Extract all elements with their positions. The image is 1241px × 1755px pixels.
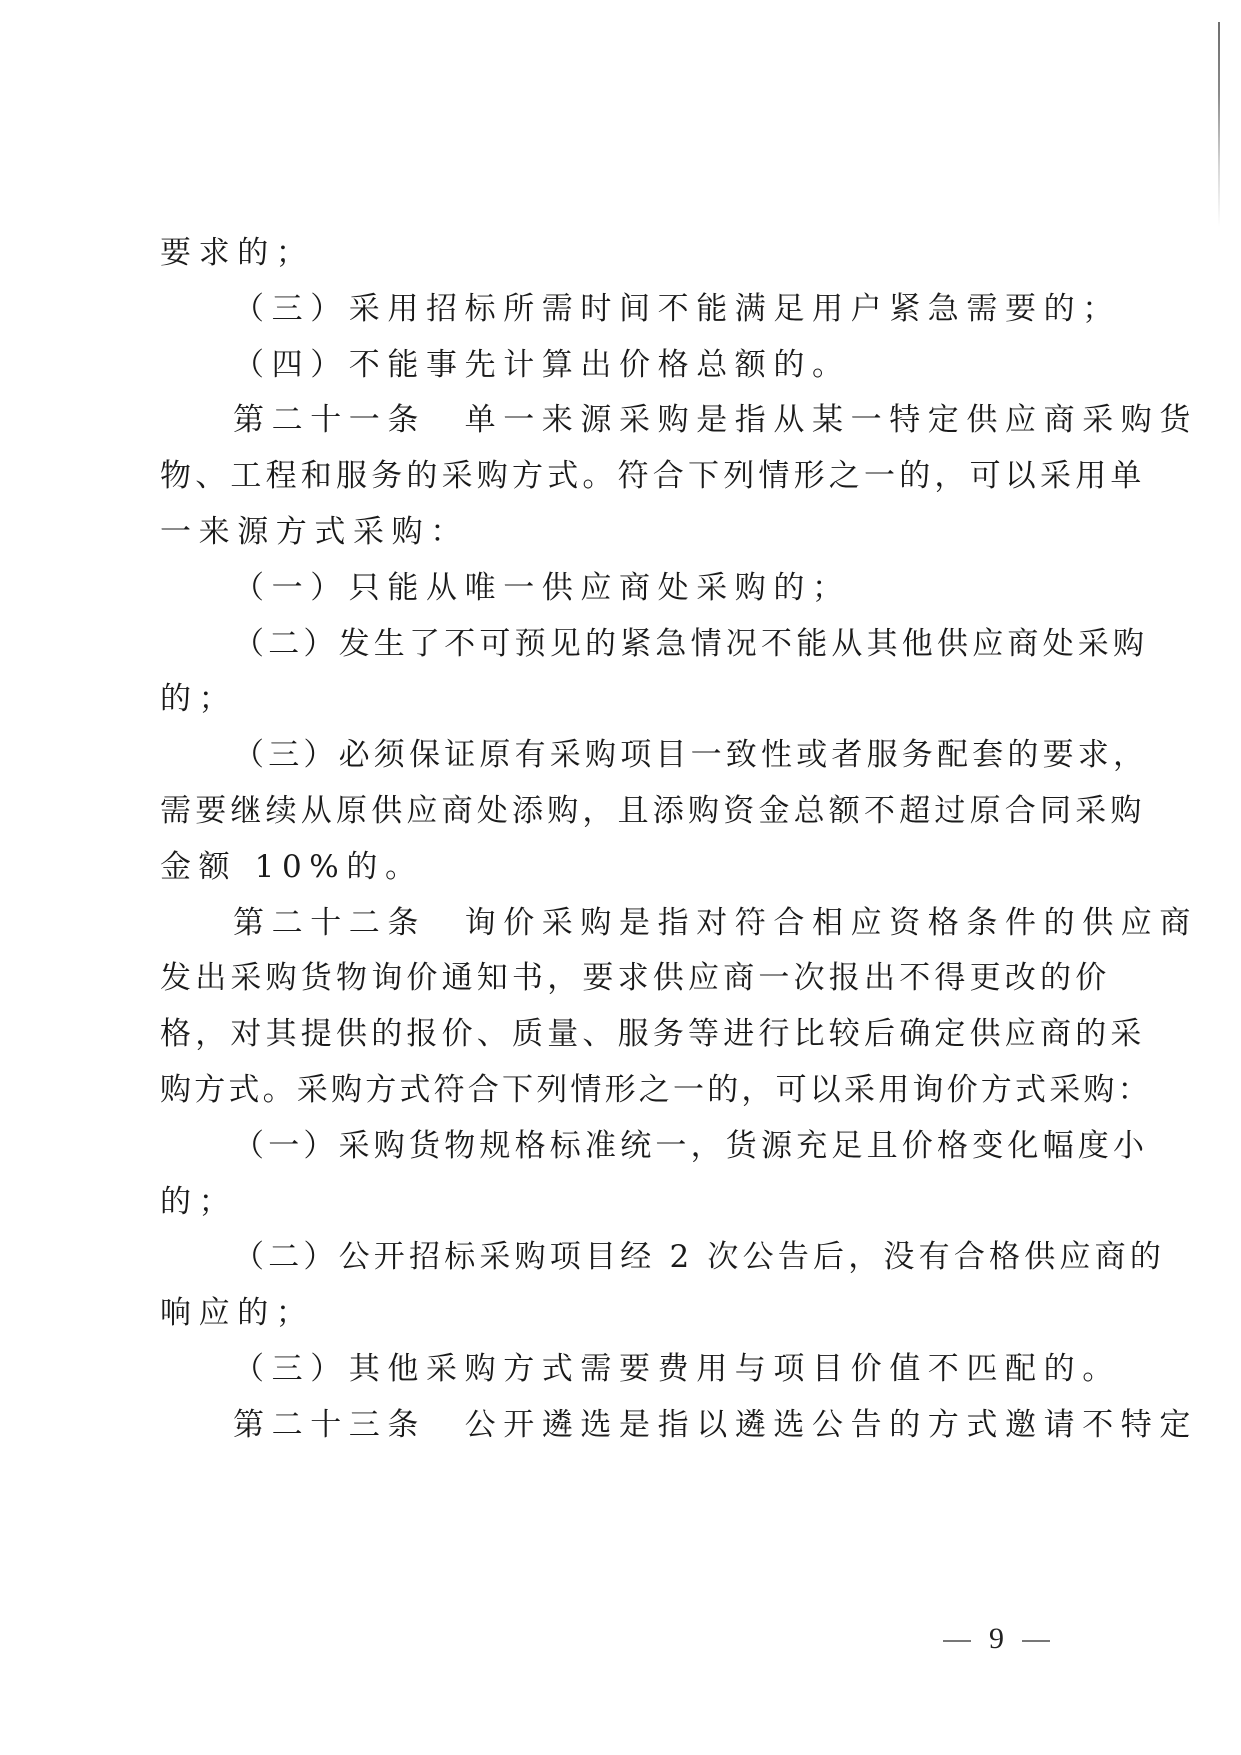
text-line: （三）必须保证原有采购项目一致性或者服务配套的要求， bbox=[160, 728, 1070, 784]
text-line: 的； bbox=[160, 1175, 1070, 1231]
text-line: 格，对其提供的报价、质量、服务等进行比较后确定供应商的采 bbox=[160, 1007, 1070, 1063]
body-text: 要求的； （三）采用招标所需时间不能满足用户紧急需要的； （四）不能事先计算出价… bbox=[160, 226, 1070, 1454]
text-line: （三）采用招标所需时间不能满足用户紧急需要的； bbox=[160, 282, 1070, 338]
page-edge-line bbox=[1218, 22, 1220, 227]
page-number: 9 bbox=[925, 1622, 1068, 1656]
article-22-heading-line: 第二十二条 询价采购是指对符合相应资格条件的供应商 bbox=[160, 896, 1070, 952]
text-line: （一）采购货物规格标准统一，货源充足且价格变化幅度小 bbox=[160, 1119, 1070, 1175]
text-line: 需要继续从原供应商处添购，且添购资金总额不超过原合同采购 bbox=[160, 784, 1070, 840]
text-line: 响应的； bbox=[160, 1286, 1070, 1342]
text-line: （四）不能事先计算出价格总额的。 bbox=[160, 338, 1070, 394]
text-line: （二）发生了不可预见的紧急情况不能从其他供应商处采购 bbox=[160, 617, 1070, 673]
text-line: 要求的； bbox=[160, 226, 1070, 282]
text-line: 物、工程和服务的采购方式。符合下列情形之一的，可以采用单 bbox=[160, 449, 1070, 505]
dash-left bbox=[943, 1640, 971, 1642]
dash-right bbox=[1022, 1640, 1050, 1642]
text-line: 一来源方式采购： bbox=[160, 505, 1070, 561]
article-21-heading-line: 第二十一条 单一来源采购是指从某一特定供应商采购货 bbox=[160, 393, 1070, 449]
text-line: 发出采购货物询价通知书，要求供应商一次报出不得更改的价 bbox=[160, 951, 1070, 1007]
text-line: 购方式。采购方式符合下列情形之一的，可以采用询价方式采购： bbox=[160, 1063, 1070, 1119]
text-line: （一）只能从唯一供应商处采购的； bbox=[160, 561, 1070, 617]
text-line: 金额 10%的。 bbox=[160, 840, 1070, 896]
document-page: 要求的； （三）采用招标所需时间不能满足用户紧急需要的； （四）不能事先计算出价… bbox=[0, 0, 1241, 1755]
page-number-value: 9 bbox=[989, 1622, 1004, 1655]
text-line: （三）其他采购方式需要费用与项目价值不匹配的。 bbox=[160, 1342, 1070, 1398]
text-line: 的； bbox=[160, 672, 1070, 728]
text-line: （二）公开招标采购项目经 2 次公告后，没有合格供应商的 bbox=[160, 1230, 1070, 1286]
article-23-heading-line: 第二十三条 公开遴选是指以遴选公告的方式邀请不特定 bbox=[160, 1398, 1070, 1454]
